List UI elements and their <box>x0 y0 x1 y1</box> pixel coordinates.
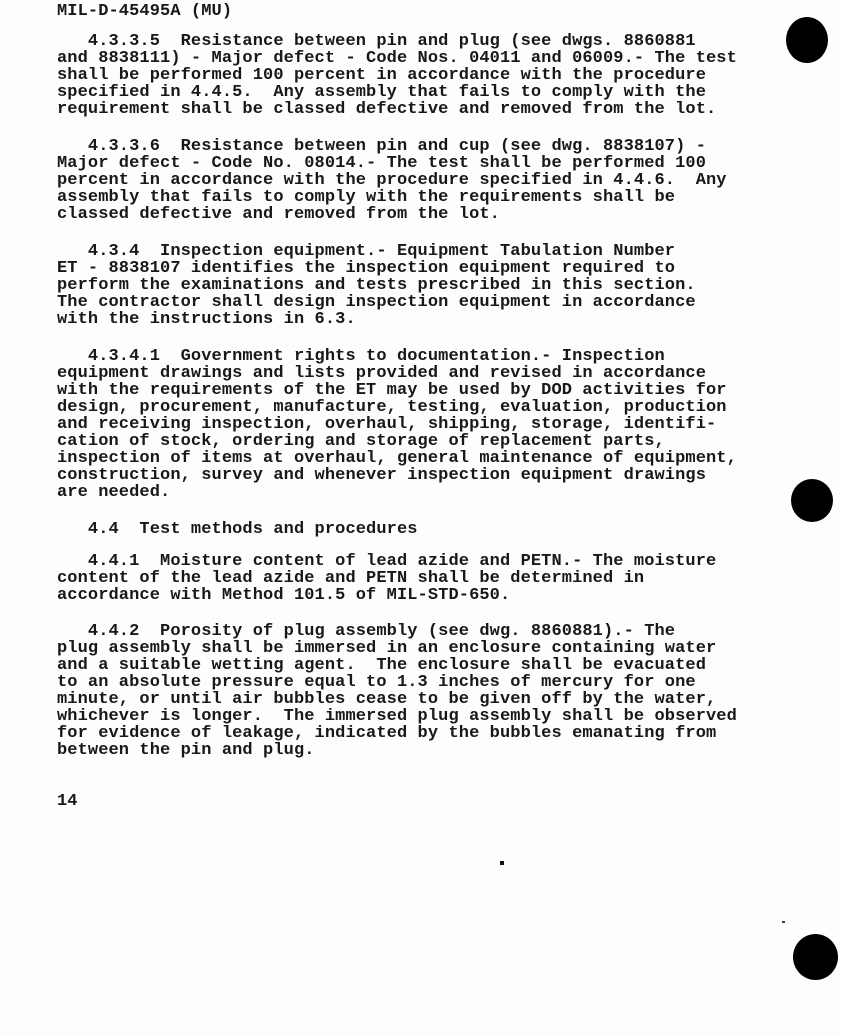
paragraph-4-4-1: 4.4.1 Moisture content of lead azide and… <box>57 553 716 604</box>
paragraph-4-3-3-5: 4.3.3.5 Resistance between pin and plug … <box>57 33 737 118</box>
paragraph-4-3-3-6: 4.3.3.6 Resistance between pin and cup (… <box>57 138 727 223</box>
paragraph-4-4-2: 4.4.2 Porosity of plug assembly (see dwg… <box>57 623 737 759</box>
page-number: 14 <box>57 793 78 810</box>
scan-speck-icon <box>782 921 785 923</box>
paragraph-4-3-4-1: 4.3.4.1 Government rights to documentati… <box>57 348 737 501</box>
punch-hole-mark-top <box>786 17 828 63</box>
document-id-header: MIL-D-45495A (MU) <box>57 3 232 20</box>
punch-hole-mark-bottom <box>793 934 838 980</box>
scanned-document-page: MIL-D-45495A (MU) 4.3.3.5 Resistance bet… <box>0 0 842 1035</box>
paragraph-4-3-4: 4.3.4 Inspection equipment.- Equipment T… <box>57 243 696 328</box>
scan-speck-icon <box>500 861 504 865</box>
section-heading-4-4: 4.4 Test methods and procedures <box>57 521 418 538</box>
punch-hole-mark-middle <box>791 479 833 522</box>
